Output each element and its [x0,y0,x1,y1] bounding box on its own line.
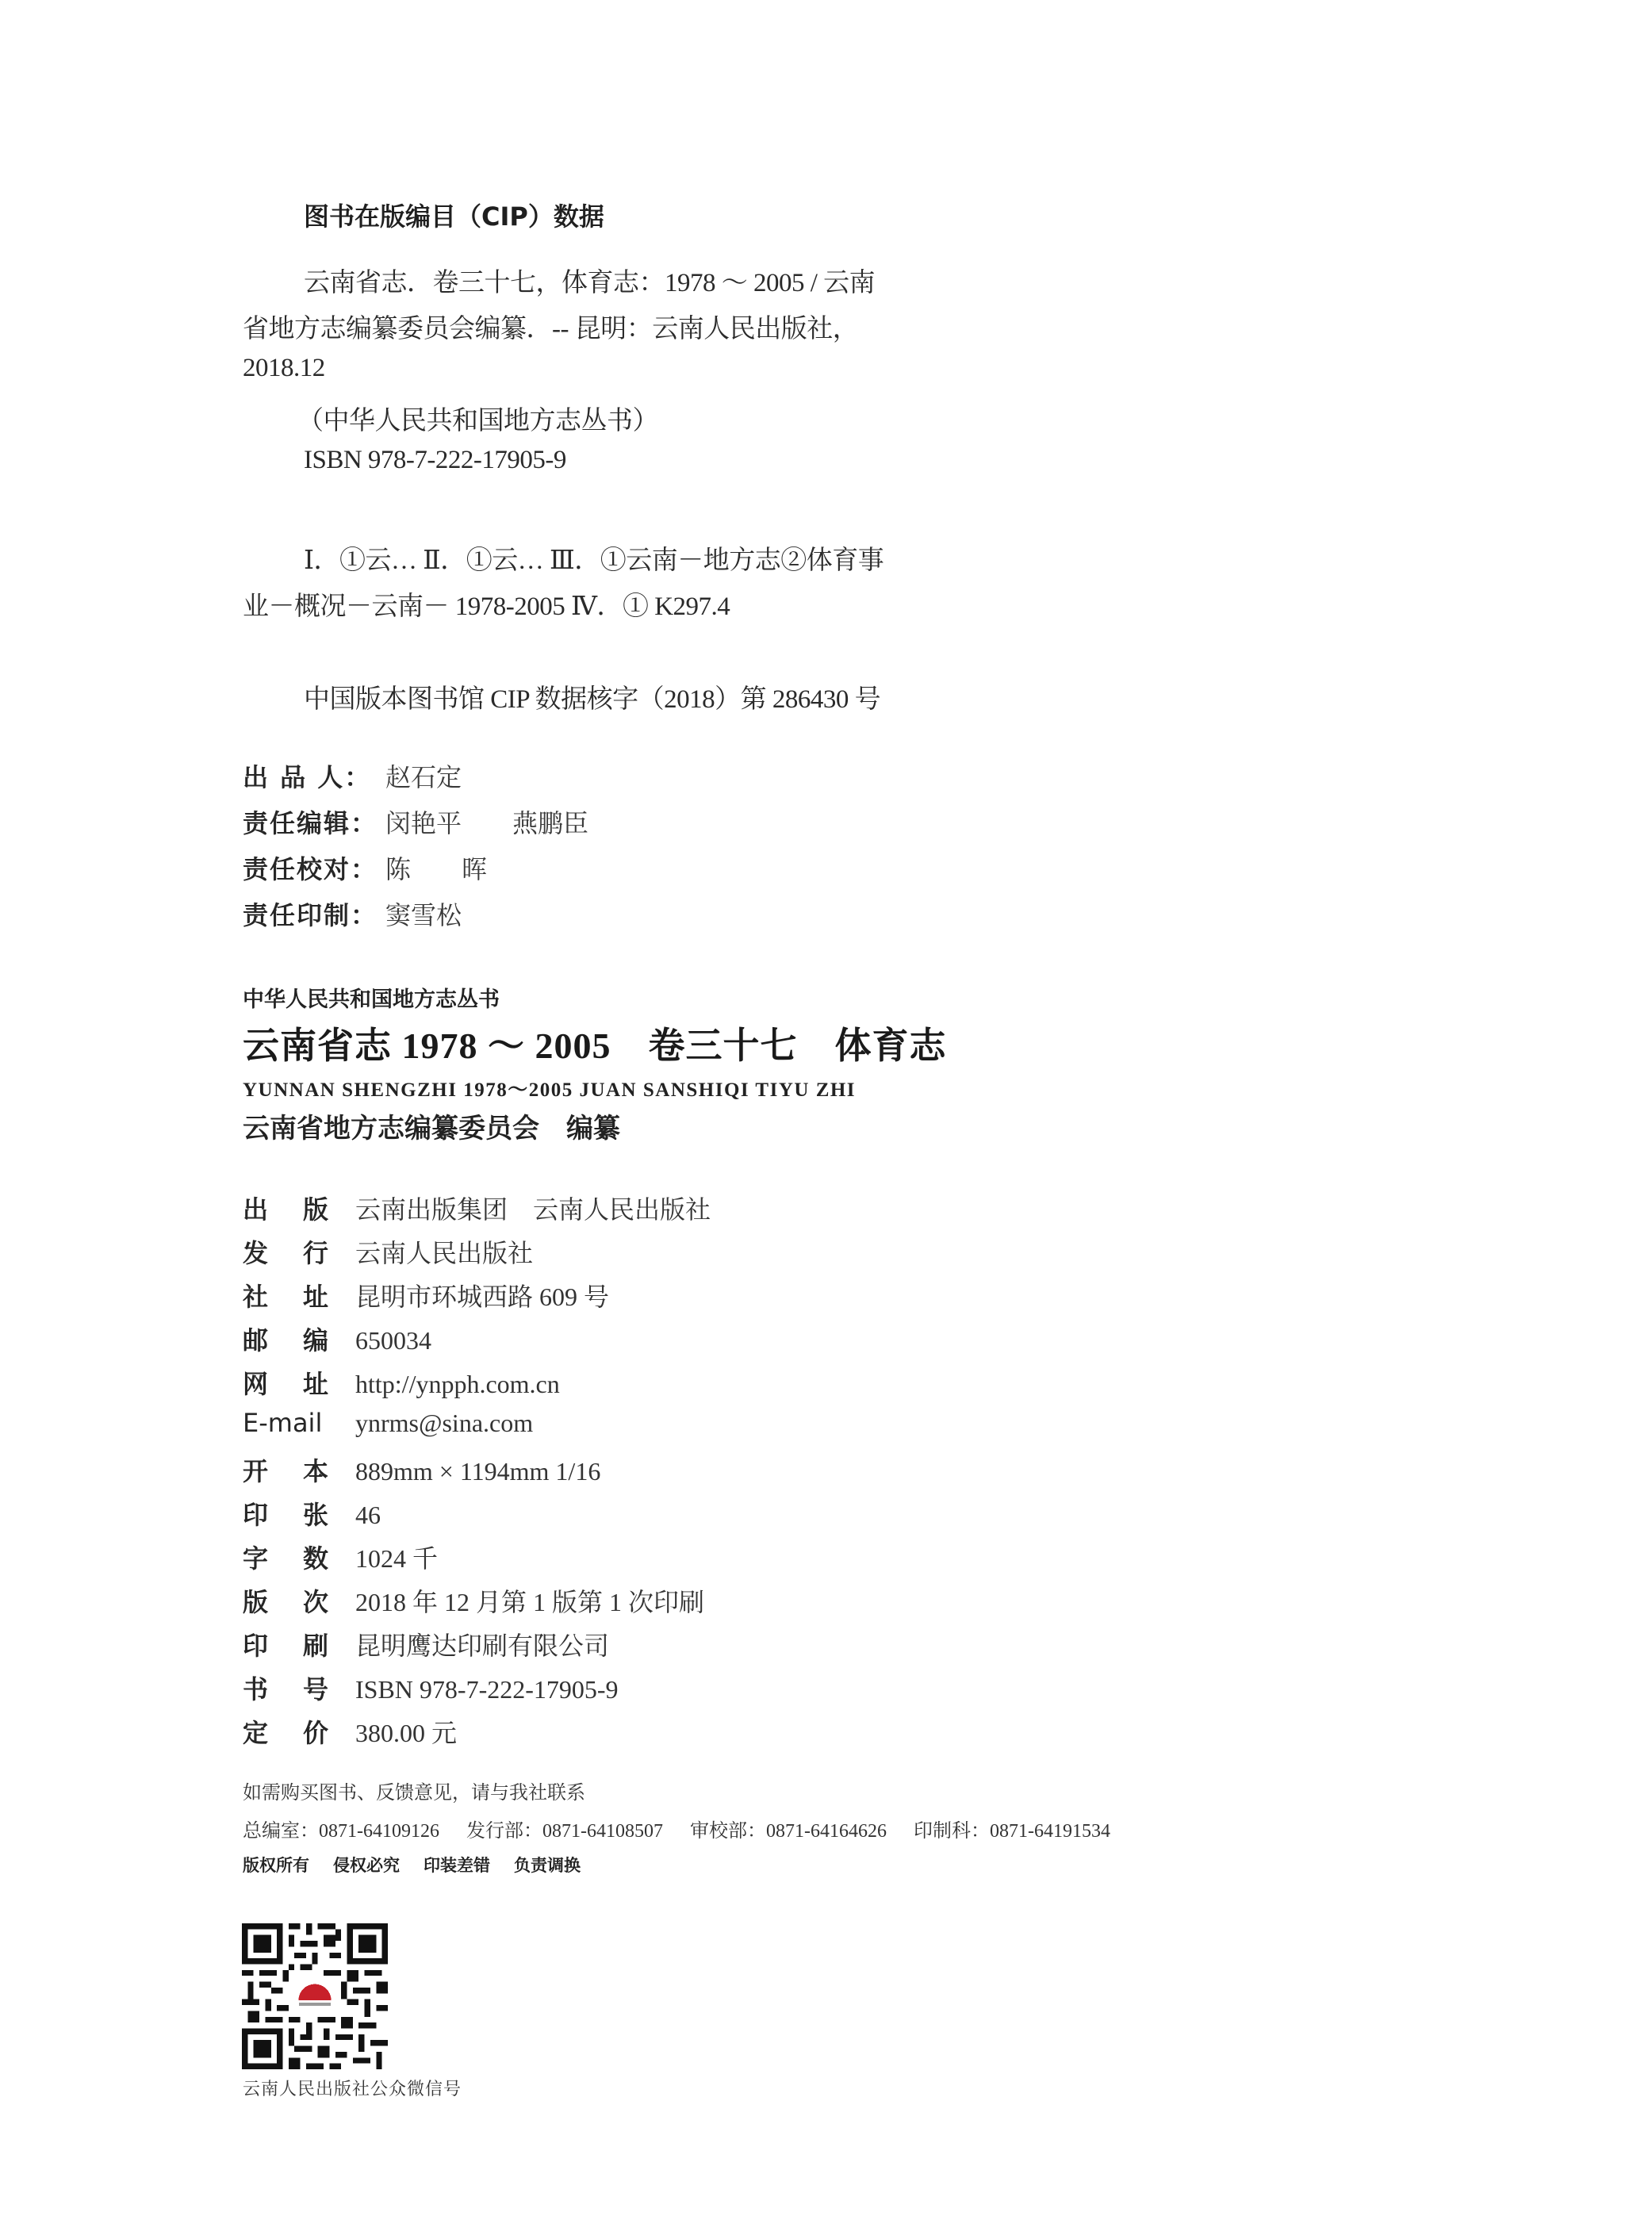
info-label: 次 [303,1587,328,1617]
info-row-postcode: 邮编650034 [243,1321,431,1357]
credit-label: 责任印制： [243,895,385,932]
info-label: 版 [303,1194,328,1225]
info-row-wordcount: 字数1024 千 [243,1539,438,1575]
cip-heading: 图书在版编目（CIP）数据 [304,197,604,233]
info-value: 1024 千 [355,1539,438,1575]
qr-code-icon [242,1923,388,2069]
qr-caption: 云南人民出版社公众微信号 [243,2076,462,2100]
info-label: 数 [303,1543,328,1574]
info-label: 印 [243,1495,303,1532]
phone-editorial: 总编室：0871-64109126 [243,1821,439,1842]
phone-printing: 印制科：0871-64191534 [914,1821,1110,1842]
info-value: 46 [355,1501,381,1530]
info-label: 印 [243,1626,303,1662]
info-row-email: E-mailynrms@sina.com [243,1408,533,1438]
info-value: 昆明市环城西路 609 号 [355,1277,609,1313]
website-link[interactable]: http://ynpph.com.cn [355,1370,560,1399]
info-row-price: 定价380.00 元 [243,1713,457,1750]
info-value: 昆明鹰达印刷有限公司 [355,1626,609,1662]
cip-isbn-line: ISBN 978-7-222-17905-9 [304,446,566,475]
info-label: 定 [243,1713,303,1750]
credit-producer: 出 品 人：赵石定 [243,757,462,794]
info-label: 刷 [303,1631,328,1661]
info-label: 开 [243,1451,303,1488]
cip-line: 2018.12 [243,354,325,383]
rights-statement: 版权所有侵权必究印装差错负责调换 [243,1853,604,1877]
info-label: 字 [243,1539,303,1575]
cip-classification-line: Ⅰ．①云… Ⅱ．①云… Ⅲ．①云南－地方志②体育事 [304,539,883,577]
book-compiler: 云南省地方志编纂委员会 编纂 [243,1106,620,1145]
email-link[interactable]: ynrms@sina.com [355,1409,533,1438]
info-label: 行 [303,1238,328,1268]
info-row-edition: 版次2018 年 12 月第 1 版第 1 次印刷 [243,1582,704,1619]
phone-distribution: 发行部：0871-64108507 [466,1821,663,1842]
cip-line: 省地方志编纂委员会编纂．-- 昆明：云南人民出版社， [243,308,858,345]
info-row-format: 开本889mm × 1194mm 1/16 [243,1451,600,1488]
info-value: 650034 [355,1326,431,1355]
info-label: 价 [303,1718,328,1748]
rights-text: 负责调换 [514,1856,581,1875]
series-name: 中华人民共和国地方志丛书 [243,982,500,1013]
info-row-address: 社址昆明市环城西路 609 号 [243,1277,609,1313]
rights-text: 版权所有 [243,1856,309,1875]
info-value: 2018 年 12 月第 1 版第 1 次印刷 [355,1582,704,1619]
info-label: 网 [243,1364,303,1401]
wechat-qr-code [242,1923,388,2069]
info-value: 380.00 元 [355,1713,457,1750]
cip-classification-line: 业－概况－云南－ 1978-2005 Ⅳ．① K297.4 [243,585,730,623]
credit-label: 责任校对： [243,849,385,886]
info-label: 址 [303,1369,328,1399]
cip-series-line: （中华人民共和国地方志丛书） [297,400,658,437]
info-value: 云南人民出版社 [355,1233,533,1270]
contact-phones: 总编室：0871-64109126发行部：0871-64108507审校部：08… [243,1815,1137,1842]
credit-value: 赵石定 [385,757,462,794]
book-title-pinyin: YUNNAN SHENGZHI 1978～2005 JUAN SANSHIQI … [243,1074,856,1102]
info-label: E-mail [243,1408,322,1438]
info-label: 发 [243,1233,303,1270]
rights-text: 侵权必究 [333,1856,400,1875]
cip-library-record: 中国版本图书馆 CIP 数据核字（2018）第 286430 号 [304,678,880,715]
info-value: 889mm × 1194mm 1/16 [355,1457,600,1486]
credit-editor: 责任编辑：闵艳平 燕鹏臣 [243,803,588,840]
info-row-sheets: 印张46 [243,1495,381,1532]
contact-note: 如需购买图书、反馈意见，请与我社联系 [243,1777,585,1804]
credit-value: 窦雪松 [385,895,462,932]
credit-label: 出 品 人： [243,757,385,794]
info-label: 本 [303,1456,328,1486]
credit-proofreader: 责任校对：陈 晖 [243,849,487,886]
book-title: 云南省志 1978 ～ 2005 卷三十七 体育志 [243,1017,947,1069]
info-value: ISBN 978-7-222-17905-9 [355,1675,619,1704]
info-label: 书 [243,1670,303,1706]
info-row-isbn: 书号ISBN 978-7-222-17905-9 [243,1670,619,1706]
info-label: 编 [303,1325,328,1355]
credit-value: 闵艳平 燕鹏臣 [385,803,588,840]
info-label: 社 [243,1277,303,1313]
credit-value: 陈 晖 [385,849,487,886]
rights-text: 印装差错 [424,1856,490,1875]
credit-printing: 责任印制：窦雪松 [243,895,462,932]
info-label: 版 [243,1582,303,1619]
info-label: 邮 [243,1321,303,1357]
info-value: 云南出版集团 云南人民出版社 [355,1190,711,1226]
info-label: 址 [303,1282,328,1312]
info-label: 张 [303,1500,328,1530]
info-row-printer: 印刷昆明鹰达印刷有限公司 [243,1626,609,1662]
info-label: 号 [303,1674,328,1704]
cip-line: 云南省志．卷三十七，体育志：1978 ～ 2005 / 云南 [304,262,875,299]
info-row-distributor: 发行云南人民出版社 [243,1233,533,1270]
info-label: 出 [243,1190,303,1226]
credit-label: 责任编辑： [243,803,385,840]
info-row-publisher: 出版云南出版集团 云南人民出版社 [243,1190,711,1226]
info-row-website: 网址http://ynpph.com.cn [243,1364,560,1401]
phone-review: 审校部：0871-64164626 [690,1821,887,1842]
